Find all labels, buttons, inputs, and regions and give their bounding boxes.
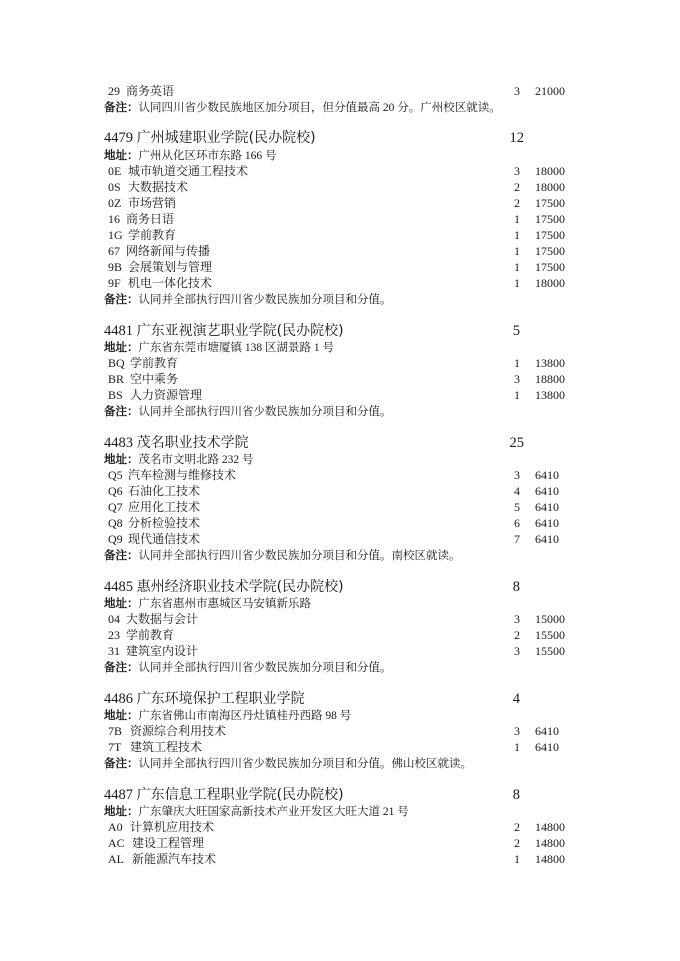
major-count: 3	[504, 83, 520, 99]
major-fee: 18000	[535, 275, 565, 291]
major-code: 9B	[108, 259, 122, 275]
major-fee: 17500	[535, 227, 565, 243]
note-label: 备注：	[104, 404, 139, 418]
major-count: 1	[504, 211, 520, 227]
address-label: 地址：	[104, 340, 139, 354]
school-code: 4485	[104, 579, 133, 595]
major-count: 1	[504, 275, 520, 291]
major-count: 2	[504, 179, 520, 195]
address-label: 地址：	[104, 148, 139, 162]
major-count: 2	[504, 819, 520, 835]
major-count: 2	[504, 835, 520, 851]
school-note: 备注：认同并全部执行四川省少数民族加分项目和分值。	[104, 659, 392, 676]
address-label: 地址：	[104, 596, 139, 610]
major-name: 人力资源管理	[130, 387, 202, 403]
school-quota: 25	[504, 433, 524, 453]
school-header: 4479 广州城建职业学院(民办院校) 12	[104, 128, 584, 148]
major-count: 4	[504, 483, 520, 499]
school-quota: 4	[508, 689, 520, 709]
major-row: Q9现代通信技术76410	[104, 531, 584, 547]
school-address: 地址：广东肇庆大旺国家高新技术产业开发区大旺大道 21 号	[104, 803, 409, 820]
major-code: BQ	[108, 355, 125, 371]
major-fee: 14800	[535, 835, 565, 851]
major-fee: 14800	[535, 851, 565, 867]
major-count: 3	[504, 163, 520, 179]
major-code: 7T	[108, 739, 121, 755]
major-fee: 6410	[535, 723, 559, 739]
major-code: 23	[108, 627, 120, 643]
school-address: 地址：广东省东莞市塘厦镇 138 区湖景路 1 号	[104, 339, 334, 356]
school-code: 4487	[104, 787, 133, 803]
school-quota: 12	[504, 128, 524, 148]
major-code: Q6	[108, 483, 123, 499]
address-label: 地址：	[104, 452, 139, 466]
major-count: 1	[504, 387, 520, 403]
major-name: 会展策划与管理	[128, 259, 212, 275]
major-fee: 13800	[535, 387, 565, 403]
major-count: 3	[504, 611, 520, 627]
school-header: 4481 广东亚视演艺职业学院(民办院校) 5	[104, 321, 584, 341]
school-address: 地址：广东省佛山市南海区丹灶镇桂丹西路 98 号	[104, 707, 351, 724]
address-label: 地址：	[104, 804, 139, 818]
major-code: AC	[108, 835, 125, 851]
document-page: 29 商务英语 3 21000 备注：认同四川省少数民族地区加分项目，但分值最高…	[0, 0, 680, 961]
major-fee: 13800	[535, 355, 565, 371]
major-fee: 6410	[535, 531, 559, 547]
school-name: 广东信息工程职业学院(民办院校)	[137, 787, 344, 803]
major-row: Q8分析检验技术66410	[104, 515, 584, 531]
major-count: 1	[504, 227, 520, 243]
school-header: 4483 茂名职业技术学院 25	[104, 433, 584, 453]
school-note: 备注：认同并全部执行四川省少数民族加分项目和分值。佛山校区就读。	[104, 755, 472, 772]
major-count: 2	[504, 195, 520, 211]
major-name: 汽车检测与维修技术	[128, 467, 236, 483]
major-row: 0E城市轨道交通工程技术318000	[104, 163, 584, 179]
school-code: 4481	[104, 323, 133, 339]
major-row: Q5汽车检测与维修技术36410	[104, 467, 584, 483]
school-name: 茂名职业技术学院	[137, 435, 249, 451]
school-quota: 8	[508, 577, 520, 597]
major-name: 石油化工技术	[128, 483, 200, 499]
school-header: 4486 广东环境保护工程职业学院 4	[104, 689, 584, 709]
major-fee: 18000	[535, 163, 565, 179]
major-fee: 21000	[535, 83, 565, 99]
major-count: 6	[504, 515, 520, 531]
note-text: 认同并全部执行四川省少数民族加分项目和分值。	[139, 662, 392, 674]
major-code: 31	[108, 643, 120, 659]
major-fee: 17500	[535, 211, 565, 227]
major-name: 商务日语	[126, 211, 174, 227]
school-quota: 8	[508, 785, 520, 805]
major-fee: 6410	[535, 739, 559, 755]
school-note: 备注：认同并全部执行四川省少数民族加分项目和分值。	[104, 403, 392, 420]
note-label: 备注：	[104, 292, 139, 306]
school-code: 4483	[104, 435, 133, 451]
major-count: 3	[504, 467, 520, 483]
school-name: 惠州经济职业技术学院(民办院校)	[137, 579, 344, 595]
note-label: 备注：	[104, 756, 139, 770]
major-count: 3	[504, 371, 520, 387]
major-row: 23学前教育215500	[104, 627, 584, 643]
major-code: 0E	[108, 163, 121, 179]
major-row: BS人力资源管理113800	[104, 387, 584, 403]
major-row: BR空中乘务318800	[104, 371, 584, 387]
major-code: 0Z	[108, 195, 121, 211]
major-row: 04大数据与会计315000	[104, 611, 584, 627]
major-name: 机电一体化技术	[128, 275, 212, 291]
major-row: 29 商务英语 3 21000	[104, 83, 584, 99]
major-name: 现代通信技术	[128, 531, 200, 547]
address-text: 茂名市文明北路 232 号	[139, 454, 254, 466]
note-label: 备注：	[104, 548, 139, 562]
major-name: 大数据技术	[128, 179, 188, 195]
major-code: 04	[108, 611, 120, 627]
major-row: 9F机电一体化技术118000	[104, 275, 584, 291]
note-text: 认同并全部执行四川省少数民族加分项目和分值。南校区就读。	[139, 550, 461, 562]
major-count: 1	[504, 851, 520, 867]
major-code: AL	[108, 851, 124, 867]
school-name: 广东亚视演艺职业学院(民办院校)	[137, 323, 344, 339]
major-code: A0	[108, 819, 123, 835]
major-fee: 15000	[535, 611, 565, 627]
major-count: 5	[504, 499, 520, 515]
major-count: 1	[504, 355, 520, 371]
address-text: 广东省惠州市惠城区马安镇新乐路	[139, 598, 312, 610]
address-text: 广州从化区环市东路 166 号	[139, 150, 277, 162]
address-text: 广东省佛山市南海区丹灶镇桂丹西路 98 号	[139, 710, 352, 722]
major-name: 网络新闻与传播	[126, 243, 210, 259]
school-header: 4487 广东信息工程职业学院(民办院校) 8	[104, 785, 584, 805]
major-row: Q6石油化工技术46410	[104, 483, 584, 499]
school-address: 地址：广州从化区环市东路 166 号	[104, 147, 277, 164]
major-name: 分析检验技术	[128, 515, 200, 531]
school-header: 4485 惠州经济职业技术学院(民办院校) 8	[104, 577, 584, 597]
school-code: 4486	[104, 691, 133, 707]
note-text: 认同并全部执行四川省少数民族加分项目和分值。	[139, 294, 392, 306]
major-name: 建筑工程技术	[130, 739, 202, 755]
school-code: 4479	[104, 130, 133, 146]
major-name: 学前教育	[128, 227, 176, 243]
school-note: 备注：认同并全部执行四川省少数民族加分项目和分值。南校区就读。	[104, 547, 461, 564]
major-name: 计算机应用技术	[130, 819, 214, 835]
major-fee: 17500	[535, 259, 565, 275]
major-fee: 6410	[535, 467, 559, 483]
school-note: 备注：认同并全部执行四川省少数民族加分项目和分值。	[104, 291, 392, 308]
major-code: 7B	[108, 723, 122, 739]
major-name: 市场营销	[128, 195, 176, 211]
school-note: 备注：认同四川省少数民族地区加分项目，但分值最高 20 分。广州校区就读。	[104, 99, 501, 116]
major-row: 67网络新闻与传播117500	[104, 243, 584, 259]
address-text: 广东省东莞市塘厦镇 138 区湖景路 1 号	[139, 342, 335, 354]
major-code: 67	[108, 243, 120, 259]
major-name: 大数据与会计	[126, 611, 198, 627]
major-count: 2	[504, 627, 520, 643]
major-row: AC建设工程管理214800	[104, 835, 584, 851]
note-text: 认同四川省少数民族地区加分项目，但分值最高 20 分。广州校区就读。	[139, 102, 501, 114]
major-name: 应用化工技术	[128, 499, 200, 515]
major-row: 7T建筑工程技术16410	[104, 739, 584, 755]
major-fee: 6410	[535, 499, 559, 515]
major-fee: 15500	[535, 627, 565, 643]
major-row: 0Z市场营销217500	[104, 195, 584, 211]
major-count: 1	[504, 259, 520, 275]
major-code: Q5	[108, 467, 123, 483]
school-quota: 5	[508, 321, 520, 341]
major-row: 9B会展策划与管理117500	[104, 259, 584, 275]
major-name: 空中乘务	[130, 371, 178, 387]
major-code: 0S	[108, 179, 121, 195]
major-code: Q8	[108, 515, 123, 531]
major-code: 29	[108, 83, 120, 99]
major-code: Q9	[108, 531, 123, 547]
major-fee: 17500	[535, 195, 565, 211]
major-row: A0计算机应用技术214800	[104, 819, 584, 835]
major-name: 建筑室内设计	[126, 643, 198, 659]
school-name: 广东环境保护工程职业学院	[137, 691, 305, 707]
address-label: 地址：	[104, 708, 139, 722]
major-fee: 6410	[535, 483, 559, 499]
major-code: 9F	[108, 275, 121, 291]
major-row: 1G学前教育117500	[104, 227, 584, 243]
major-code: Q7	[108, 499, 123, 515]
major-name: 资源综合利用技术	[130, 723, 226, 739]
note-text: 认同并全部执行四川省少数民族加分项目和分值。	[139, 406, 392, 418]
major-count: 1	[504, 243, 520, 259]
address-text: 广东肇庆大旺国家高新技术产业开发区大旺大道 21 号	[139, 806, 409, 818]
major-code: 16	[108, 211, 120, 227]
major-count: 7	[504, 531, 520, 547]
school-address: 地址：茂名市文明北路 232 号	[104, 451, 254, 468]
major-name: 学前教育	[130, 355, 178, 371]
major-code: BR	[108, 371, 124, 387]
major-name: 商务英语	[126, 83, 174, 99]
major-code: 1G	[108, 227, 123, 243]
major-count: 3	[504, 643, 520, 659]
major-fee: 17500	[535, 243, 565, 259]
major-code: BS	[108, 387, 123, 403]
major-fee: 6410	[535, 515, 559, 531]
school-name: 广州城建职业学院(民办院校)	[137, 130, 316, 146]
major-row: 7B资源综合利用技术36410	[104, 723, 584, 739]
school-address: 地址：广东省惠州市惠城区马安镇新乐路	[104, 595, 311, 612]
major-name: 新能源汽车技术	[132, 851, 216, 867]
major-name: 学前教育	[126, 627, 174, 643]
major-count: 1	[504, 739, 520, 755]
major-name: 建设工程管理	[132, 835, 204, 851]
major-fee: 18800	[535, 371, 565, 387]
major-row: AL新能源汽车技术114800	[104, 851, 584, 867]
major-row: BQ学前教育113800	[104, 355, 584, 371]
major-row: 31建筑室内设计315500	[104, 643, 584, 659]
major-count: 3	[504, 723, 520, 739]
note-label: 备注：	[104, 660, 139, 674]
major-fee: 15500	[535, 643, 565, 659]
major-name: 城市轨道交通工程技术	[128, 163, 248, 179]
major-fee: 14800	[535, 819, 565, 835]
note-label: 备注：	[104, 100, 139, 114]
major-row: Q7应用化工技术56410	[104, 499, 584, 515]
major-row: 0S大数据技术218000	[104, 179, 584, 195]
note-text: 认同并全部执行四川省少数民族加分项目和分值。佛山校区就读。	[139, 758, 473, 770]
major-fee: 18000	[535, 179, 565, 195]
major-row: 16商务日语117500	[104, 211, 584, 227]
